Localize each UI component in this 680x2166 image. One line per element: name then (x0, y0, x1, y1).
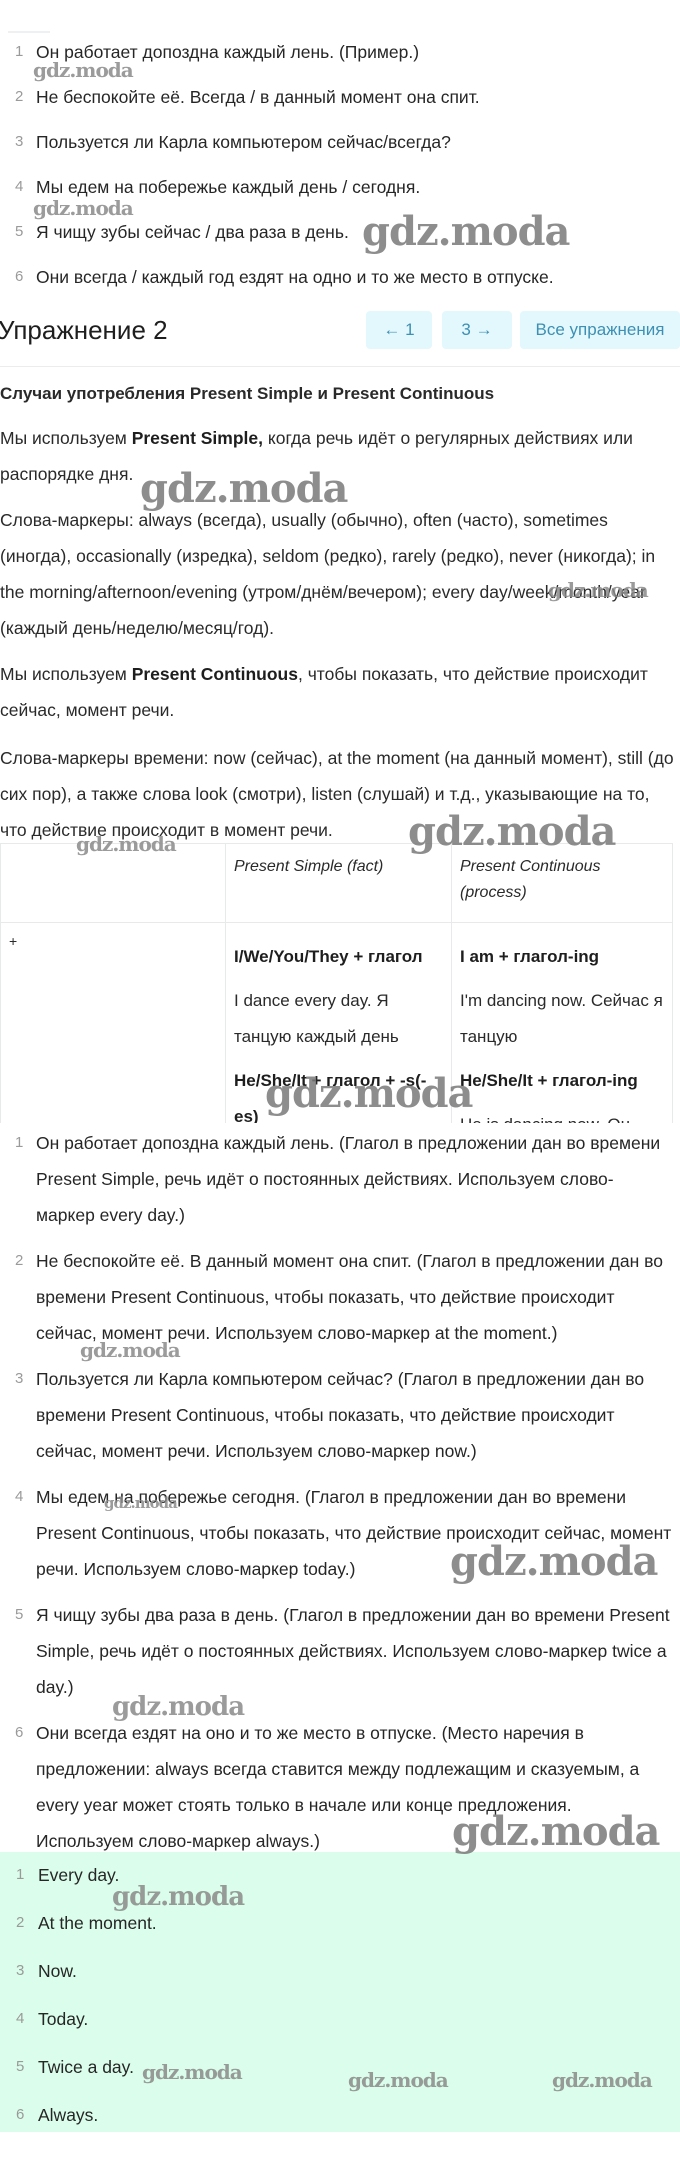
item-text: Он работает допоздна каждый лень. (Приме… (36, 38, 672, 66)
item-number: 5 (16, 2052, 30, 2082)
item-number: 1 (15, 38, 29, 66)
theory-paragraph-continuous: Мы используем Present Continuous, чтобы … (0, 656, 676, 728)
grammar-table-container: Present Simple (fact) Present Continuous… (0, 843, 680, 1123)
item-number: 1 (16, 1860, 30, 1890)
item-text: Они всегда / каждый год ездят на одно и … (36, 263, 672, 291)
table-cell-continuous: I am + глагол-ing I'm dancing now. Сейча… (452, 923, 673, 1124)
list-item: 4Мы едем на побережье сегодня. (Глагол в… (0, 1479, 680, 1587)
answer-panel: 1Every day. 2At the moment. 3Now. 4Today… (0, 1852, 680, 2132)
item-number: 4 (15, 173, 29, 201)
item-number: 5 (15, 218, 29, 246)
item-text: Мы едем на побережье каждый день / сегод… (36, 173, 672, 201)
list-item: 5Я чищу зубы два раза в день. (Глагол в … (0, 1597, 680, 1705)
item-number: 2 (15, 83, 29, 111)
list-item: 3Пользуется ли Карла компьютером сейчас/… (0, 128, 680, 173)
item-text: Не беспокойте её. В данный момент она сп… (36, 1243, 672, 1351)
paragraph-text: Мы используем (0, 428, 132, 448)
term-present-simple: Present Simple, (132, 428, 263, 448)
item-number: 6 (16, 2100, 30, 2130)
item-text: Не беспокойте её. Всегда / в данный моме… (36, 83, 672, 111)
item-text: Я чищу зубы два раза в день. (Глагол в п… (36, 1597, 672, 1705)
list-item: 2Не беспокойте её. В данный момент она с… (0, 1243, 680, 1351)
paragraph-text: Мы используем (0, 664, 132, 684)
section-divider (0, 366, 680, 367)
cell-line: I/We/You/They + глагол (234, 939, 443, 975)
table-header-cell (1, 844, 226, 923)
exercise-title: Упражнение 2 (0, 312, 168, 348)
table-row-label: + (1, 923, 226, 1124)
cell-line: He/She/It + глагол + -s(-es) (234, 1063, 443, 1123)
list-item: 6Они всегда / каждый год ездят на одно и… (0, 263, 680, 308)
theory-markers-simple: Слова-маркеры: always (всегда), usually … (0, 502, 676, 646)
item-text: Они всегда ездят на оно и то же место в … (36, 1715, 672, 1859)
list-item: 1Он работает допоздна каждый лень. (Прим… (0, 38, 680, 83)
table-header-cell: Present Continuous (process) (452, 844, 673, 923)
item-number: 2 (15, 1243, 29, 1279)
list-item: 2Не беспокойте её. Всегда / в данный мом… (0, 83, 680, 128)
item-text: Он работает допоздна каждый лень. (Глаго… (36, 1125, 672, 1233)
item-number: 3 (16, 1956, 30, 1986)
item-number: 3 (15, 1361, 29, 1397)
grammar-table: Present Simple (fact) Present Continuous… (0, 843, 673, 1123)
table-header-row: Present Simple (fact) Present Continuous… (1, 844, 673, 923)
cell-line: I dance every day. Я танцую каждый день (234, 983, 443, 1055)
item-number: 5 (15, 1597, 29, 1633)
item-number: 2 (16, 1908, 30, 1938)
list-item: 6Они всегда ездят на оно и то же место в… (0, 1715, 680, 1859)
item-number: 3 (15, 128, 29, 156)
list-item: 3Пользуется ли Карла компьютером сейчас?… (0, 1361, 680, 1469)
theory-markers-continuous: Слова-маркеры времени: now (сейчас), at … (0, 740, 676, 848)
item-text: Пользуется ли Карла компьютером сейчас? … (36, 1361, 672, 1469)
item-text: Я чищу зубы сейчас / два раза в день. (36, 218, 672, 246)
theory-paragraph-simple: Мы используем Present Simple, когда речь… (0, 420, 676, 492)
item-number: 1 (15, 1125, 29, 1161)
prev-exercise-button[interactable]: ← 1 (366, 311, 432, 349)
next-exercise-button[interactable]: 3 → (442, 311, 512, 349)
cell-line: He/She/It + глагол-ing (460, 1063, 664, 1099)
item-number: 6 (15, 263, 29, 291)
theory-subheading: Случаи употребления Present Simple и Pre… (0, 380, 494, 408)
explanation-list: 1Он работает допоздна каждый лень. (Глаг… (0, 1125, 680, 1869)
question-list: 1Он работает допоздна каждый лень. (Прим… (0, 38, 680, 308)
cell-line: I'm dancing now. Сейчас я танцую (460, 983, 664, 1055)
item-number: 4 (16, 2004, 30, 2034)
item-number: 6 (15, 1715, 29, 1751)
item-text: Пользуется ли Карла компьютером сейчас/в… (36, 128, 672, 156)
table-row: + I/We/You/They + глагол I dance every d… (1, 923, 673, 1124)
cell-line: I am + глагол-ing (460, 939, 664, 975)
table-cell-simple: I/We/You/They + глагол I dance every day… (226, 923, 452, 1124)
list-item: 5Я чищу зубы сейчас / два раза в день. (0, 218, 680, 263)
all-exercises-button[interactable]: Все упражнения (520, 311, 680, 349)
top-divider (8, 31, 50, 33)
item-text: Мы едем на побережье сегодня. (Глагол в … (36, 1479, 672, 1587)
term-present-continuous: Present Continuous (132, 664, 298, 684)
list-item: 4Мы едем на побережье каждый день / сего… (0, 173, 680, 218)
item-number: 4 (15, 1479, 29, 1515)
list-item: 1Он работает допоздна каждый лень. (Глаг… (0, 1125, 680, 1233)
table-header-cell: Present Simple (fact) (226, 844, 452, 923)
cell-line: He is dancing now. Он (460, 1107, 664, 1123)
